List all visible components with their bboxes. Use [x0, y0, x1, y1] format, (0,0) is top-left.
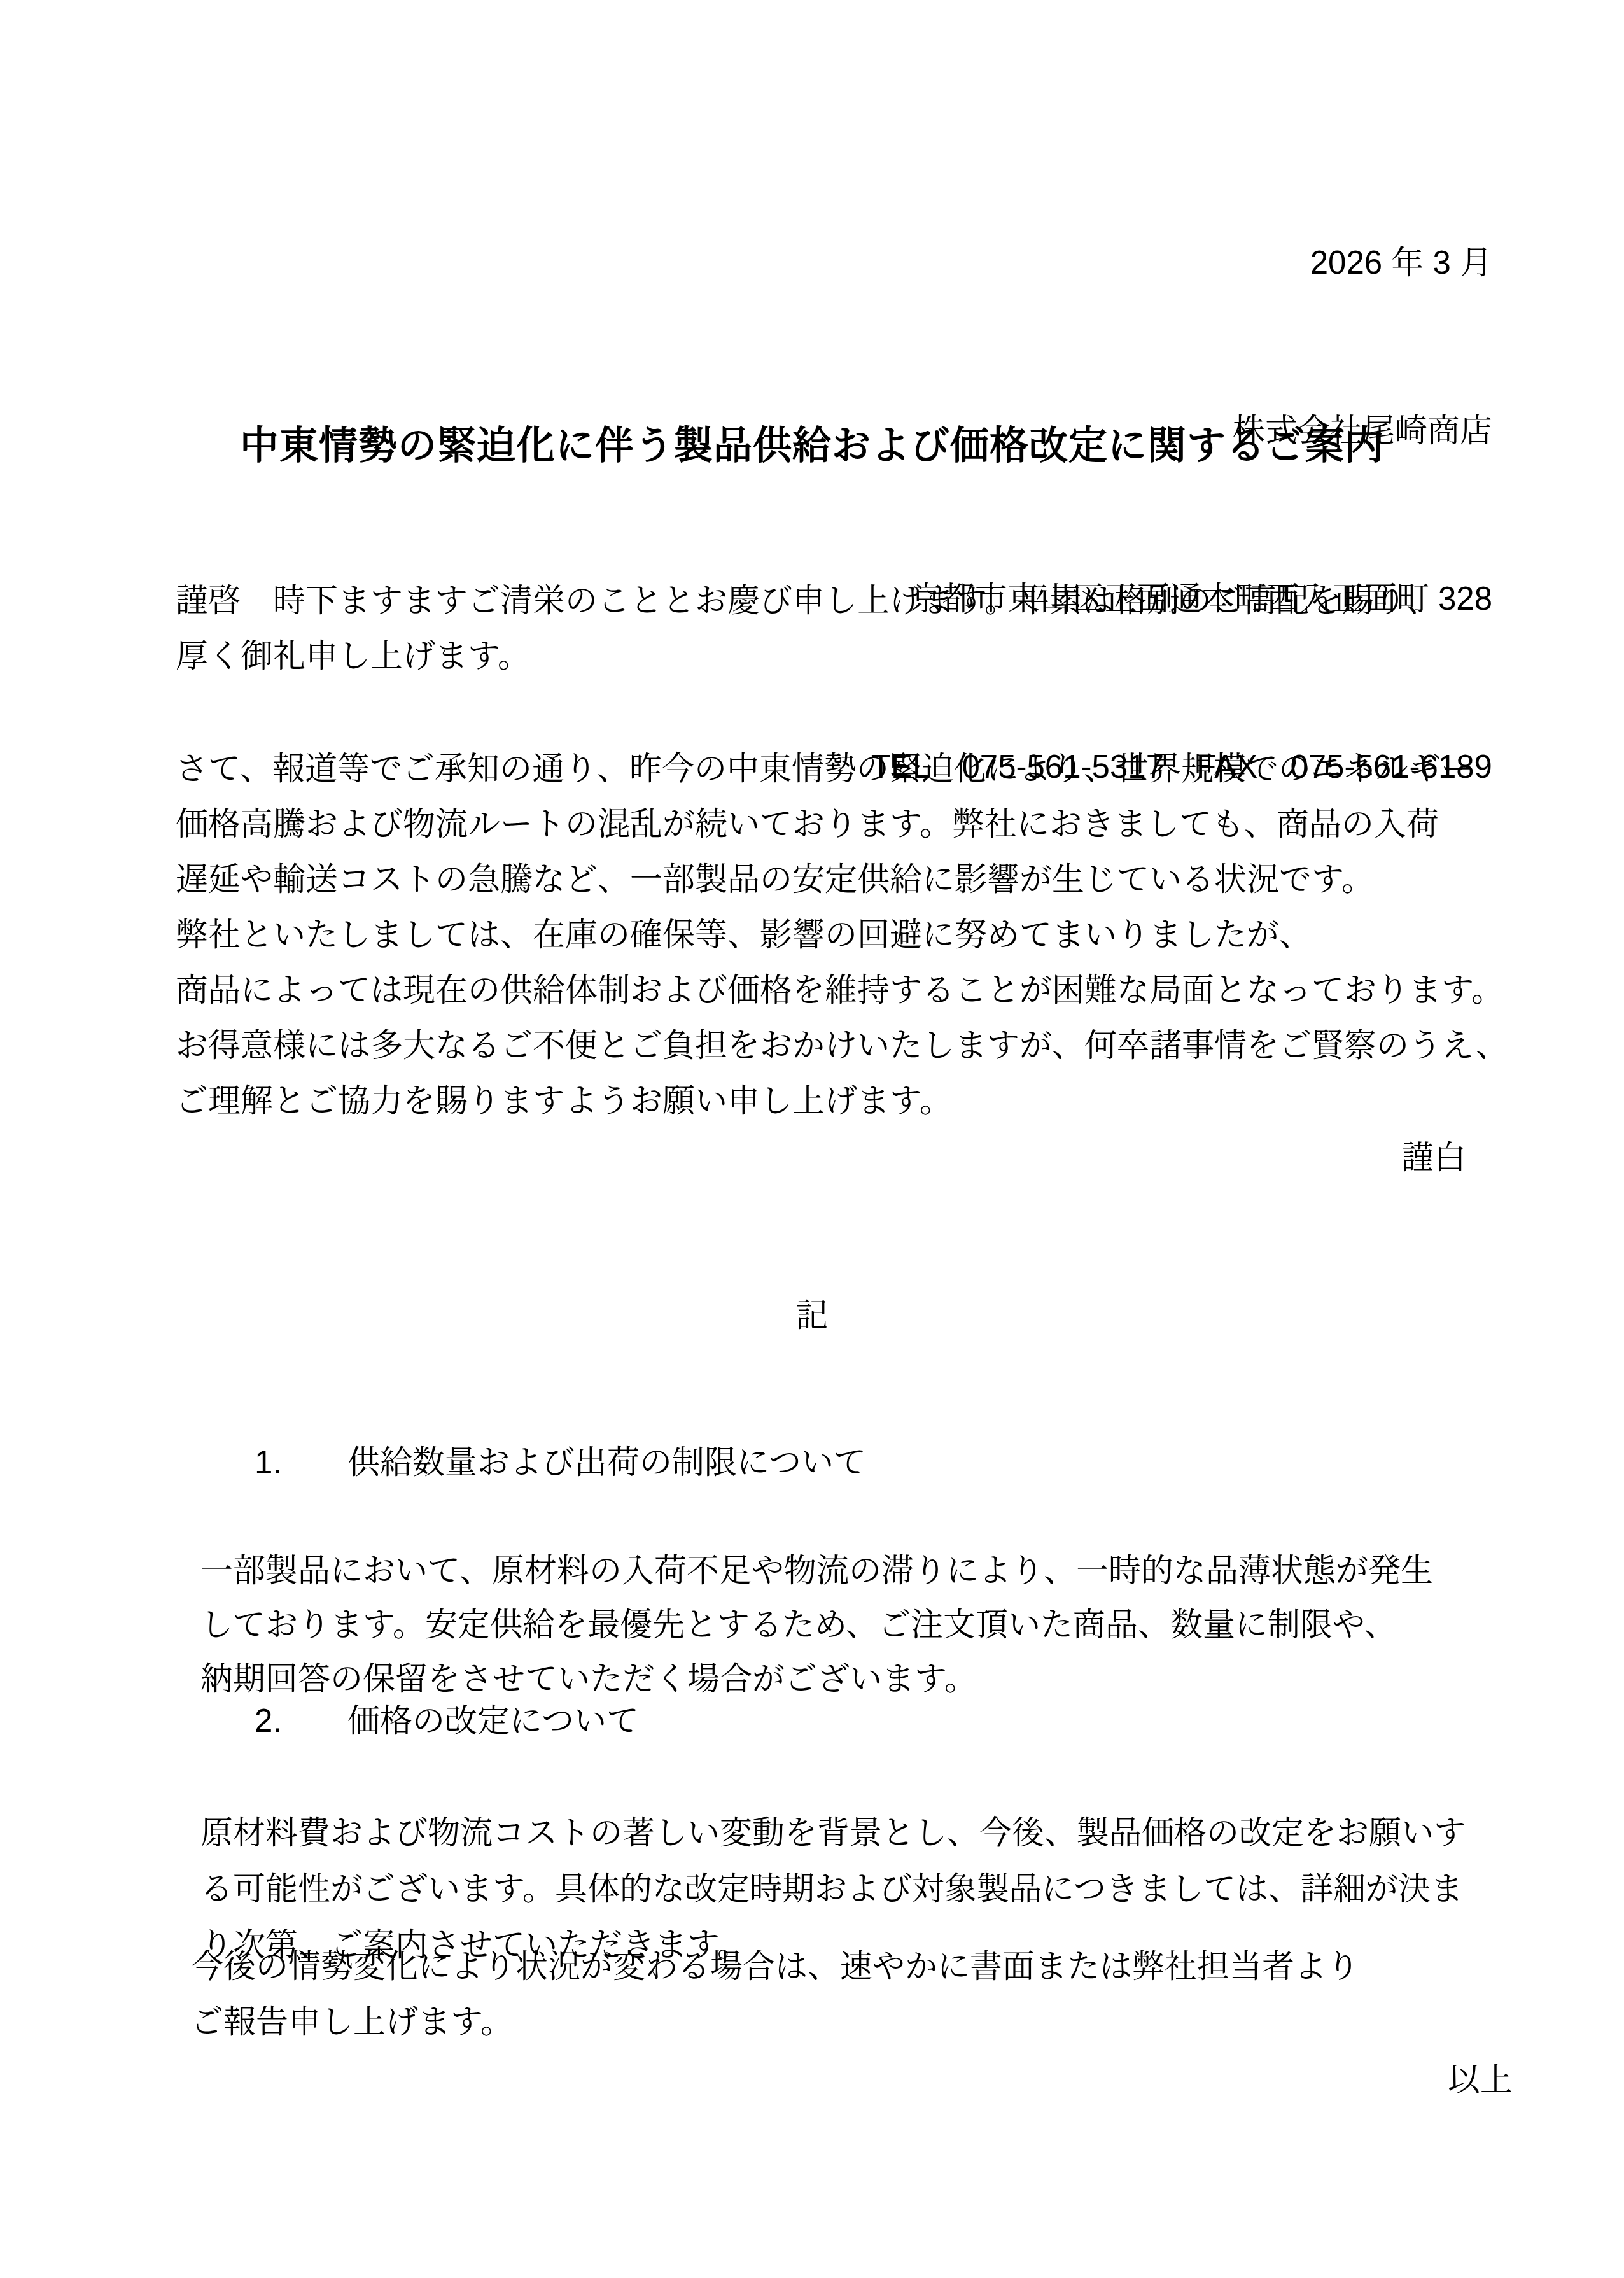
list-item-line: 一部製品において、原材料の入荷不足や物流の滞りにより、一時的な品薄状態が発生 — [200, 1543, 1433, 1598]
document-title: 中東情勢の緊迫化に伴う製品供給および価格改定に関するご案内 — [0, 412, 1624, 479]
list-item-title: 価格の改定について — [347, 1703, 639, 1739]
closing-note-line: 今後の情勢変化により状況が変わる場合は、速やかに書面または弊社担当者より — [191, 1939, 1359, 1994]
opening-line: 謹啓 時下ますますご清栄のこととお慶び申し上げます。平素は格別のご高配を賜り、 — [176, 573, 1439, 628]
main-body-paragraph: さて、報道等でご承知の通り、昨今の中東情勢の緊迫化により、世界規模でのエネルギー… — [176, 741, 1508, 1128]
list-item-number: 1. — [255, 1435, 347, 1489]
business-letter-page: 2026 年 3 月 株式会社尾崎商店 京都市東山区正面通本町西入正面町 328… — [0, 0, 1624, 2278]
list-item-2: 2.価格の改定について 原材料費および物流コストの著しい変動を背景とし、今後、製… — [200, 1637, 1466, 1973]
record-marker: 記 — [0, 1288, 1624, 1343]
list-item-line: る可能性がございます。具体的な改定時期および対象製品につきましては、詳細が決ま — [200, 1861, 1466, 1917]
end-marker: 以上 — [1448, 2052, 1513, 2107]
body-line: 価格高騰および物流ルートの混乱が続いております。弊社におきましても、商品の入荷 — [176, 796, 1508, 852]
closing-note-line: ご報告申し上げます。 — [191, 1994, 1359, 2049]
closing-salutation: 謹白 — [1401, 1130, 1466, 1185]
list-item-title: 供給数量および出荷の制限について — [347, 1444, 866, 1480]
opening-line: 厚く御礼申し上げます。 — [176, 628, 1439, 684]
list-item-heading: 1.供給数量および出荷の制限について — [200, 1381, 1433, 1543]
list-item-number: 2. — [255, 1693, 347, 1749]
body-line: 遅延や輸送コストの急騰など、一部製品の安定供給に影響が生じている状況です。 — [176, 852, 1508, 907]
body-line: お得意様には多大なるご不便とご負担をおかけいたしますが、何卒諸事情をご賢察のうえ… — [176, 1018, 1508, 1073]
list-item-heading: 2.価格の改定について — [200, 1637, 1466, 1805]
body-line: 商品によっては現在の供給体制および価格を維持することが困難な局面となっております… — [176, 962, 1508, 1018]
opening-paragraph: 謹啓 時下ますますご清栄のこととお慶び申し上げます。平素は格別のご高配を賜り、 … — [176, 573, 1439, 684]
closing-note-paragraph: 今後の情勢変化により状況が変わる場合は、速やかに書面または弊社担当者より ご報告… — [191, 1939, 1359, 2049]
body-line: さて、報道等でご承知の通り、昨今の中東情勢の緊迫化により、世界規模でのエネルギー — [176, 741, 1508, 796]
letter-date: 2026 年 3 月 — [871, 235, 1492, 291]
list-item-line: 原材料費および物流コストの著しい変動を背景とし、今後、製品価格の改定をお願いす — [200, 1805, 1466, 1861]
body-line: 弊社といたしましては、在庫の確保等、影響の回避に努めてまいりましたが、 — [176, 907, 1508, 962]
body-line: ご理解とご協力を賜りますようお願い申し上げます。 — [176, 1073, 1508, 1128]
